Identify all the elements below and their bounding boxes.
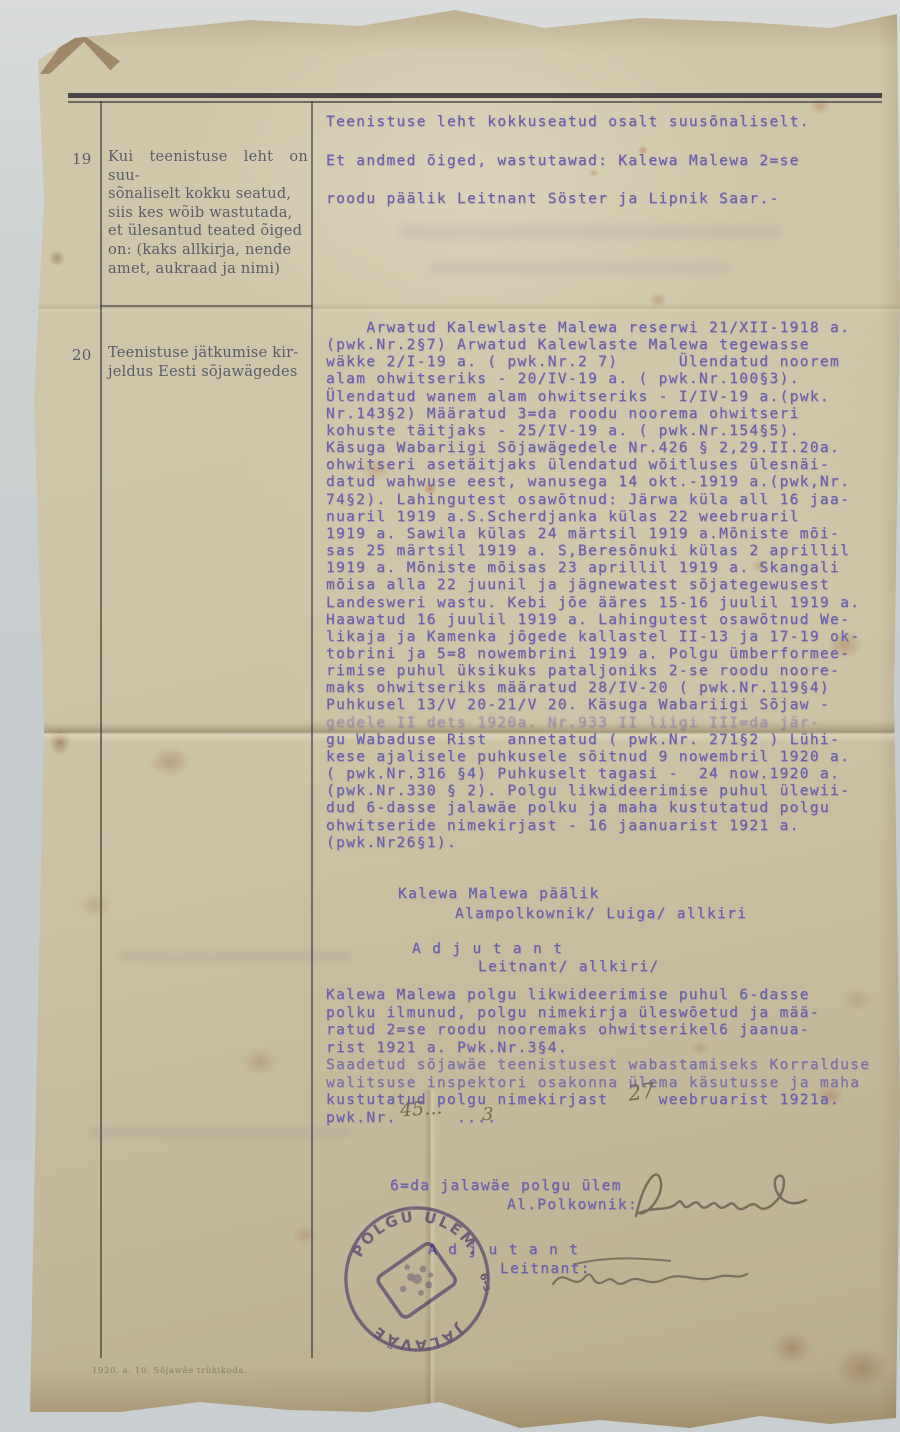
regiment-stamp: POLGU ÜLEM. JALAVÄE 6-s <box>338 1200 496 1358</box>
typed-line: polku ilmunud, polgu nimekirja üleswõetu… <box>326 1005 870 1023</box>
handwritten-day: 27 <box>626 1078 656 1105</box>
row-19-number: 19 <box>72 150 92 169</box>
handwritten-pwk-nr: 45... <box>399 1097 443 1122</box>
printed-label-line: siis kes wõib wastutada, <box>108 204 308 223</box>
printed-label-line: Teenistuse jätkumise kir- <box>108 344 308 363</box>
paper-sheet: 19 Kui teenistuse leht on suu-sõnaliselt… <box>0 0 900 1432</box>
typed-line: Teenistuse leht kokkuseatud osalt suusõn… <box>326 103 810 142</box>
printed-label-line: jeldus Eesti sõjawägedes <box>108 363 308 382</box>
typed-line: Käsuga Wabariigi Sõjawägedele Nr.426 § 2… <box>326 440 860 457</box>
svg-text:JALAVÄE: JALAVÄE <box>368 1321 467 1354</box>
typed-line: (pwk.Nr26§1). <box>326 835 860 852</box>
typed-line: maks ohwitseriks määratud 28/IV-20 ( pwk… <box>326 680 860 697</box>
printed-label-line: amet, aukraad ja nimi) <box>108 260 308 279</box>
row-20-label: Teenistuse jätkumise kir-jeldus Eesti sõ… <box>108 344 308 381</box>
typed-line: ratud 2=se roodu nooremaks ohwitserikel6… <box>326 1022 870 1040</box>
typed-line: (pwk.Nr.2§7) Arwatud Kalewlaste Malewa t… <box>326 337 860 354</box>
typed-line: Ülendatud wanem alam ohwitseriks - I/IV-… <box>326 389 860 406</box>
stamp-top-text: POLGU ÜLEM. <box>349 1208 484 1260</box>
typed-line: Haawatud 16 juulil 1919 a. Lahingutest o… <box>326 612 860 629</box>
stamp-side-text: 6-s <box>477 1271 494 1292</box>
typed-line: tobrini ja 5=8 nowembrini 1919 a. Polgu … <box>326 646 860 663</box>
adjutant-signature <box>545 1244 785 1304</box>
typed-line: dud 6-dasse jalawäe polku ja maha kustut… <box>326 800 860 817</box>
typed-line: wäkke 2/I-19 a. ( pwk.Nr.2 7) Ülendatud … <box>326 354 860 371</box>
typed-line: 1919 a. Sawila külas 24 märtsil 1919 a.M… <box>326 526 860 543</box>
row-19-answer: Teenistuse leht kokkuseatud osalt suusõn… <box>326 103 810 219</box>
commander-signature <box>620 1158 850 1233</box>
typed-line: likaja ja Kamenka jõgede kallastel II-13… <box>326 629 860 646</box>
typed-line: 74§2). Lahingutest osawõtnud: Järwa küla… <box>326 492 860 509</box>
table-top-rule-thick <box>68 93 882 98</box>
typed-line: roodu päälik Leitnant Söster ja Lipnik S… <box>326 180 810 219</box>
typed-line: 1919 a. Mõniste mõisas 23 aprillil 1919 … <box>326 560 860 577</box>
typed-line: sas 25 märtsil 1919 a. S,Beresõnuki küla… <box>326 543 860 560</box>
typed-line: (pwk.Nr.330 § 2). Polgu likwideerimise p… <box>326 783 860 800</box>
sig1-commander-line: Alampolkownik/ Luiga/ allkiri <box>455 906 747 922</box>
typed-line: gedele II dets 1920a. Nr.933 II liigi II… <box>326 715 860 732</box>
typed-line: walitsuse inspektori osakonna ülema käsu… <box>326 1075 870 1093</box>
typed-line: Arwatud Kalewlaste Malewa reserwi 21/XII… <box>326 320 860 337</box>
typed-line: rimise puhul üksikuks pataljoniks 2-se r… <box>326 663 860 680</box>
typed-line: Nr.143§2) Määratud 3=da roodu noorema oh… <box>326 406 860 423</box>
typed-line: Puhkusel 13/V 20-21/V 20. Käsuga Wabarii… <box>326 697 860 714</box>
sig1-adjutant-line: Leitnant/ allkiri/ <box>478 959 659 975</box>
column-divider-left <box>100 101 102 1358</box>
printed-label-line: Kui teenistuse leht on suu- <box>108 148 308 185</box>
sig2-commander-label: Al.Polkownik: <box>507 1197 638 1213</box>
typed-line: gu Wabaduse Rist annetatud ( pwk.Nr. 271… <box>326 732 860 749</box>
typed-line: kese ajalisele puhkusele sõitnud 9 nowem… <box>326 749 860 766</box>
handwritten-paragraph-nr: 3 <box>482 1104 493 1125</box>
sig2-unit-title: 6=da jalawäe polgu ülem <box>390 1178 622 1194</box>
typed-line: ohwitseri asetäitjaks ülendatud wõitluse… <box>326 457 860 474</box>
svg-text:POLGU ÜLEM.: POLGU ÜLEM. <box>349 1208 484 1260</box>
stamp-bottom-text: JALAVÄE <box>368 1321 467 1354</box>
printed-label-line: et ülesantud teated õiged <box>108 222 308 241</box>
torn-corner-mark <box>40 28 120 74</box>
typed-line: nuaril 1919 a.S.Scherdjanka külas 22 wee… <box>326 509 860 526</box>
printed-label-line: sõnaliselt kokku seatud, <box>108 185 308 204</box>
typed-line: Kalewa Malewa polgu likwideerimise puhul… <box>326 987 870 1005</box>
typed-line: kohuste täitjaks - 25/IV-19 a. ( pwk.Nr.… <box>326 423 860 440</box>
row-19-label: Kui teenistuse leht on suu-sõnaliselt ko… <box>108 148 308 278</box>
column-divider-main <box>311 101 313 1358</box>
typed-line: mõisa alla 22 juunil ja jägnewatest sõja… <box>326 577 860 594</box>
bleed-through-smudge <box>400 225 780 239</box>
typed-line: rist 1921 a. Pwk.Nr.3§4. <box>326 1040 870 1058</box>
row-20-number: 20 <box>72 346 92 365</box>
sig1-unit-title: Kalewa Malewa päälik <box>398 886 600 902</box>
typed-line: alam ohwitseriks - 20/IV-19 a. ( pwk.Nr.… <box>326 371 860 388</box>
typed-line: Landesweri wastu. Kebi jõe ääres 15-16 j… <box>326 595 860 612</box>
printed-label-line: on: (kaks allkirja, nende <box>108 241 308 260</box>
document-page: 19 Kui teenistuse leht on suu-sõnaliselt… <box>0 0 900 1432</box>
bleed-through-smudge <box>430 262 730 274</box>
row-20-body: Arwatud Kalewlaste Malewa reserwi 21/XII… <box>326 320 860 852</box>
sig1-adjutant-title: A d j u t a n t <box>412 941 563 957</box>
bleed-through-smudge <box>120 952 350 962</box>
typed-line: ohwitseride nimekirjast - 16 jaanuarist … <box>326 818 860 835</box>
typed-line: Saadetud sõjawäe teenistusest wabastamis… <box>326 1057 870 1075</box>
typed-line: Et andmed õiged, wastutawad: Kalewa Male… <box>326 142 810 181</box>
typed-line: datud wahwuse eest, wanusega 14 okt.-191… <box>326 474 860 491</box>
typed-line: ( pwk.Nr.316 §4) Puhkuselt tagasi - 24 n… <box>326 766 860 783</box>
row-19-20-divider <box>100 305 312 307</box>
footer-imprint: 1920. a. 10. Sõjawäe trükikoda. <box>92 1366 247 1376</box>
